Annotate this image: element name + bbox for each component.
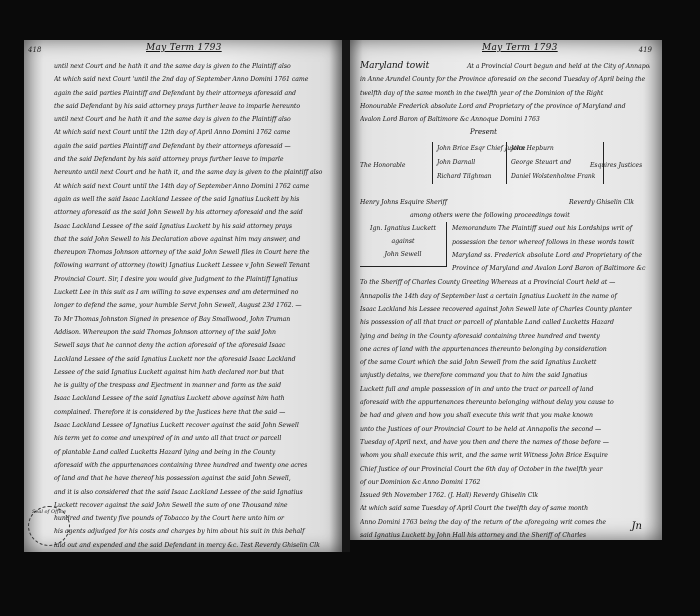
- justices-title: Esquires Justices: [590, 162, 642, 169]
- seal-label: Seal of Office: [32, 509, 66, 515]
- plaintiff-name: Ign. Ignatius Luckett: [360, 222, 446, 235]
- writ-text: To the Sheriff of Charles County Greetin…: [360, 276, 650, 540]
- manuscript-line: that the said John Sewell to his Declara…: [54, 233, 334, 246]
- manuscript-line: Isaac Lackland Lessee of Ignatius Lucket…: [54, 419, 334, 432]
- manuscript-line: unjustly detains, we therefore command y…: [360, 369, 650, 382]
- memo-line: Maryland ss. Frederick absolute Lord and…: [452, 249, 650, 262]
- manuscript-line: Provincial Court. Sir, I desire you woul…: [54, 273, 334, 286]
- manuscript-line: again the said parties Plaintiff and Def…: [54, 140, 334, 153]
- manuscript-line: Luckett full and ample possession of in …: [360, 383, 650, 396]
- sheriff-name: Henry Johns Esquire Sheriff: [360, 199, 447, 206]
- manuscript-line: Issued 9th November 1762. (J. Hall) Reve…: [360, 489, 650, 502]
- manuscript-line: At which said same Tuesday of April Cour…: [360, 502, 650, 515]
- manuscript-line: Isaac Lackland his Lessee recovered agai…: [360, 303, 650, 316]
- manuscript-line: said Ignatius Luckett by John Hall his a…: [360, 529, 650, 540]
- manuscript-line: again the said parties Plaintiff and Def…: [54, 87, 334, 100]
- manuscript-line: his agents adjudged for his costs and ch…: [54, 525, 334, 538]
- manuscript-line: Addison. Whereupon the said Thomas Johns…: [54, 326, 334, 339]
- manuscript-line: Luckett recover against the said John Se…: [54, 499, 334, 512]
- manuscript-line: of our Dominion &c Anno Domini 1762: [360, 476, 650, 489]
- manuscript-line: Sewell says that he cannot deny the acti…: [54, 339, 334, 352]
- right-term-heading: May Term 1793: [482, 43, 558, 53]
- sheriff-clerk-line: Henry Johns Esquire Sheriff Reverdy Ghis…: [360, 196, 650, 209]
- manuscript-line: Lackland Lessee of the said Ignatius Luc…: [54, 353, 334, 366]
- manuscript-line: thereupon Thomas Johnson attorney of the…: [54, 246, 334, 259]
- manuscript-line: he is guilty of the trespass and Ejectme…: [54, 379, 334, 392]
- opening-line-0: Maryland towit At a Provincial Court beg…: [360, 60, 650, 73]
- manuscript-line: of plantable Land called Lucketts Hazard…: [54, 446, 334, 459]
- memo-line: possession the tenor whereof follows in …: [452, 236, 650, 249]
- opening-line: twelfth day of the same month in the twe…: [360, 87, 650, 100]
- memo-line: Memorandum The Plaintiff sued out his Lo…: [452, 222, 650, 235]
- manuscript-line: until next Court and he hath it and the …: [54, 60, 334, 73]
- venue-heading: Maryland towit: [360, 61, 429, 71]
- justice-name: Daniel Wolstenholme Frank: [511, 170, 595, 184]
- catchword: Jn: [632, 521, 642, 532]
- right-body-text: Maryland towit At a Provincial Court beg…: [360, 60, 650, 540]
- versus-label: against: [360, 235, 446, 248]
- manuscript-line: To the Sheriff of Charles County Greetin…: [360, 276, 650, 289]
- manuscript-line: Luckett Lee in this suit as I am willing…: [54, 286, 334, 299]
- manuscript-line: the said Defendant by his said attorney …: [54, 100, 334, 113]
- opening-text: At a Provincial Court begun and held at …: [431, 63, 650, 70]
- opening-line: in Anne Arundel County for the Province …: [360, 73, 650, 86]
- manuscript-line: his possession of all that tract or parc…: [360, 316, 650, 329]
- opening-line: Honourable Frederick absolute Lord and P…: [360, 100, 650, 113]
- manuscript-line: At which said next Court until the 12th …: [54, 126, 334, 139]
- clerk-name: Reverdy Ghiselin Clk: [449, 199, 634, 206]
- manuscript-line: Isaac Lackland Lessee of the said Ignati…: [54, 392, 334, 405]
- manuscript-line: Lessee of the said Ignatius Luckett agai…: [54, 366, 334, 379]
- manuscript-line: again as well the said Isaac Lackland Le…: [54, 193, 334, 206]
- justices-present-block: The Honorable John Brice Esqr Chief Just…: [360, 140, 650, 196]
- manuscript-line: unto the Justices of our Provincial Cour…: [360, 423, 650, 436]
- left-folio-number: 418: [28, 46, 41, 54]
- manuscript-line: whom you shall execute this writ, and th…: [360, 449, 650, 462]
- justice-name: George Steuart and: [511, 156, 595, 170]
- memo-line: Province of Maryland and Avalon Lord Bar…: [452, 262, 650, 275]
- left-page: 418 May Term 1793 until next Court and h…: [24, 40, 342, 552]
- left-term-heading: May Term 1793: [146, 43, 222, 53]
- manuscript-line: attorney aforesaid as the said John Sewe…: [54, 206, 334, 219]
- manuscript-line: one acres of land with the appurtenances…: [360, 343, 650, 356]
- manuscript-line: To Mr Thomas Johnston Signed in presence…: [54, 313, 334, 326]
- manuscript-line: hundred and twenty five pounds of Tobacc…: [54, 512, 334, 525]
- manuscript-line: Chief Justice of our Provincial Court th…: [360, 463, 650, 476]
- manuscript-line: Annapolis the 14th day of September last…: [360, 290, 650, 303]
- court-seal-icon: Seal of Office: [28, 506, 70, 546]
- manuscript-line: of land and that he have thereof his pos…: [54, 472, 334, 485]
- defendant-name: John Sewell: [360, 248, 446, 261]
- honorable-label: The Honorable: [360, 162, 405, 169]
- memorandum-text: Memorandum The Plaintiff sued out his Lo…: [452, 222, 650, 275]
- manuscript-line: aforesaid with the appurtenances thereun…: [360, 396, 650, 409]
- present-heading: Present: [360, 126, 650, 139]
- manuscript-line: of the same Court which the said John Se…: [360, 356, 650, 369]
- manuscript-line: Isaac Lackland Lessee of the said Ignati…: [54, 220, 334, 233]
- manuscript-line: hereunto until next Court and he hath it…: [54, 166, 334, 179]
- case-caption: Ign. Ignatius Luckett against John Sewel…: [360, 222, 650, 276]
- manuscript-line: longer to defend the same, your humble S…: [54, 299, 334, 312]
- case-parties-box: Ign. Ignatius Luckett against John Sewel…: [360, 222, 447, 267]
- manuscript-line: following warrant of attorney (towit) Ig…: [54, 259, 334, 272]
- manuscript-line: aforesaid with the appurtenances contain…: [54, 459, 334, 472]
- manuscript-line: Anno Domini 1763 being the day of the re…: [360, 516, 650, 529]
- left-body-text: until next Court and he hath it and the …: [54, 60, 334, 552]
- book-gutter: [342, 40, 350, 552]
- manuscript-line: be had and given and how you shall execu…: [360, 409, 650, 422]
- manuscript-line: his term yet to come and unexpired of in…: [54, 432, 334, 445]
- manuscript-line: At which said next Court until the 14th …: [54, 180, 334, 193]
- manuscript-line: laid out and expended and the said Defen…: [54, 539, 334, 552]
- justice-name: John Hepburn: [511, 142, 595, 156]
- manuscript-line: complained. Therefore it is considered b…: [54, 406, 334, 419]
- right-page: 419 May Term 1793 Maryland towit At a Pr…: [350, 40, 662, 540]
- manuscript-line: and the said Defendant by his said attor…: [54, 153, 334, 166]
- manuscript-line: and it is also considered that the said …: [54, 486, 334, 499]
- among-others-line: among others were the following proceedi…: [360, 209, 650, 222]
- right-folio-number: 419: [639, 46, 652, 54]
- manuscript-line: lying and being in the County aforesaid …: [360, 330, 650, 343]
- manuscript-line: At which said next Court 'until the 2nd …: [54, 73, 334, 86]
- manuscript-line: until next Court and he hath it and the …: [54, 113, 334, 126]
- opening-line: Avalon Lord Baron of Baltimore &c Annoqu…: [360, 113, 650, 126]
- manuscript-line: Tuesday of April next, and have you then…: [360, 436, 650, 449]
